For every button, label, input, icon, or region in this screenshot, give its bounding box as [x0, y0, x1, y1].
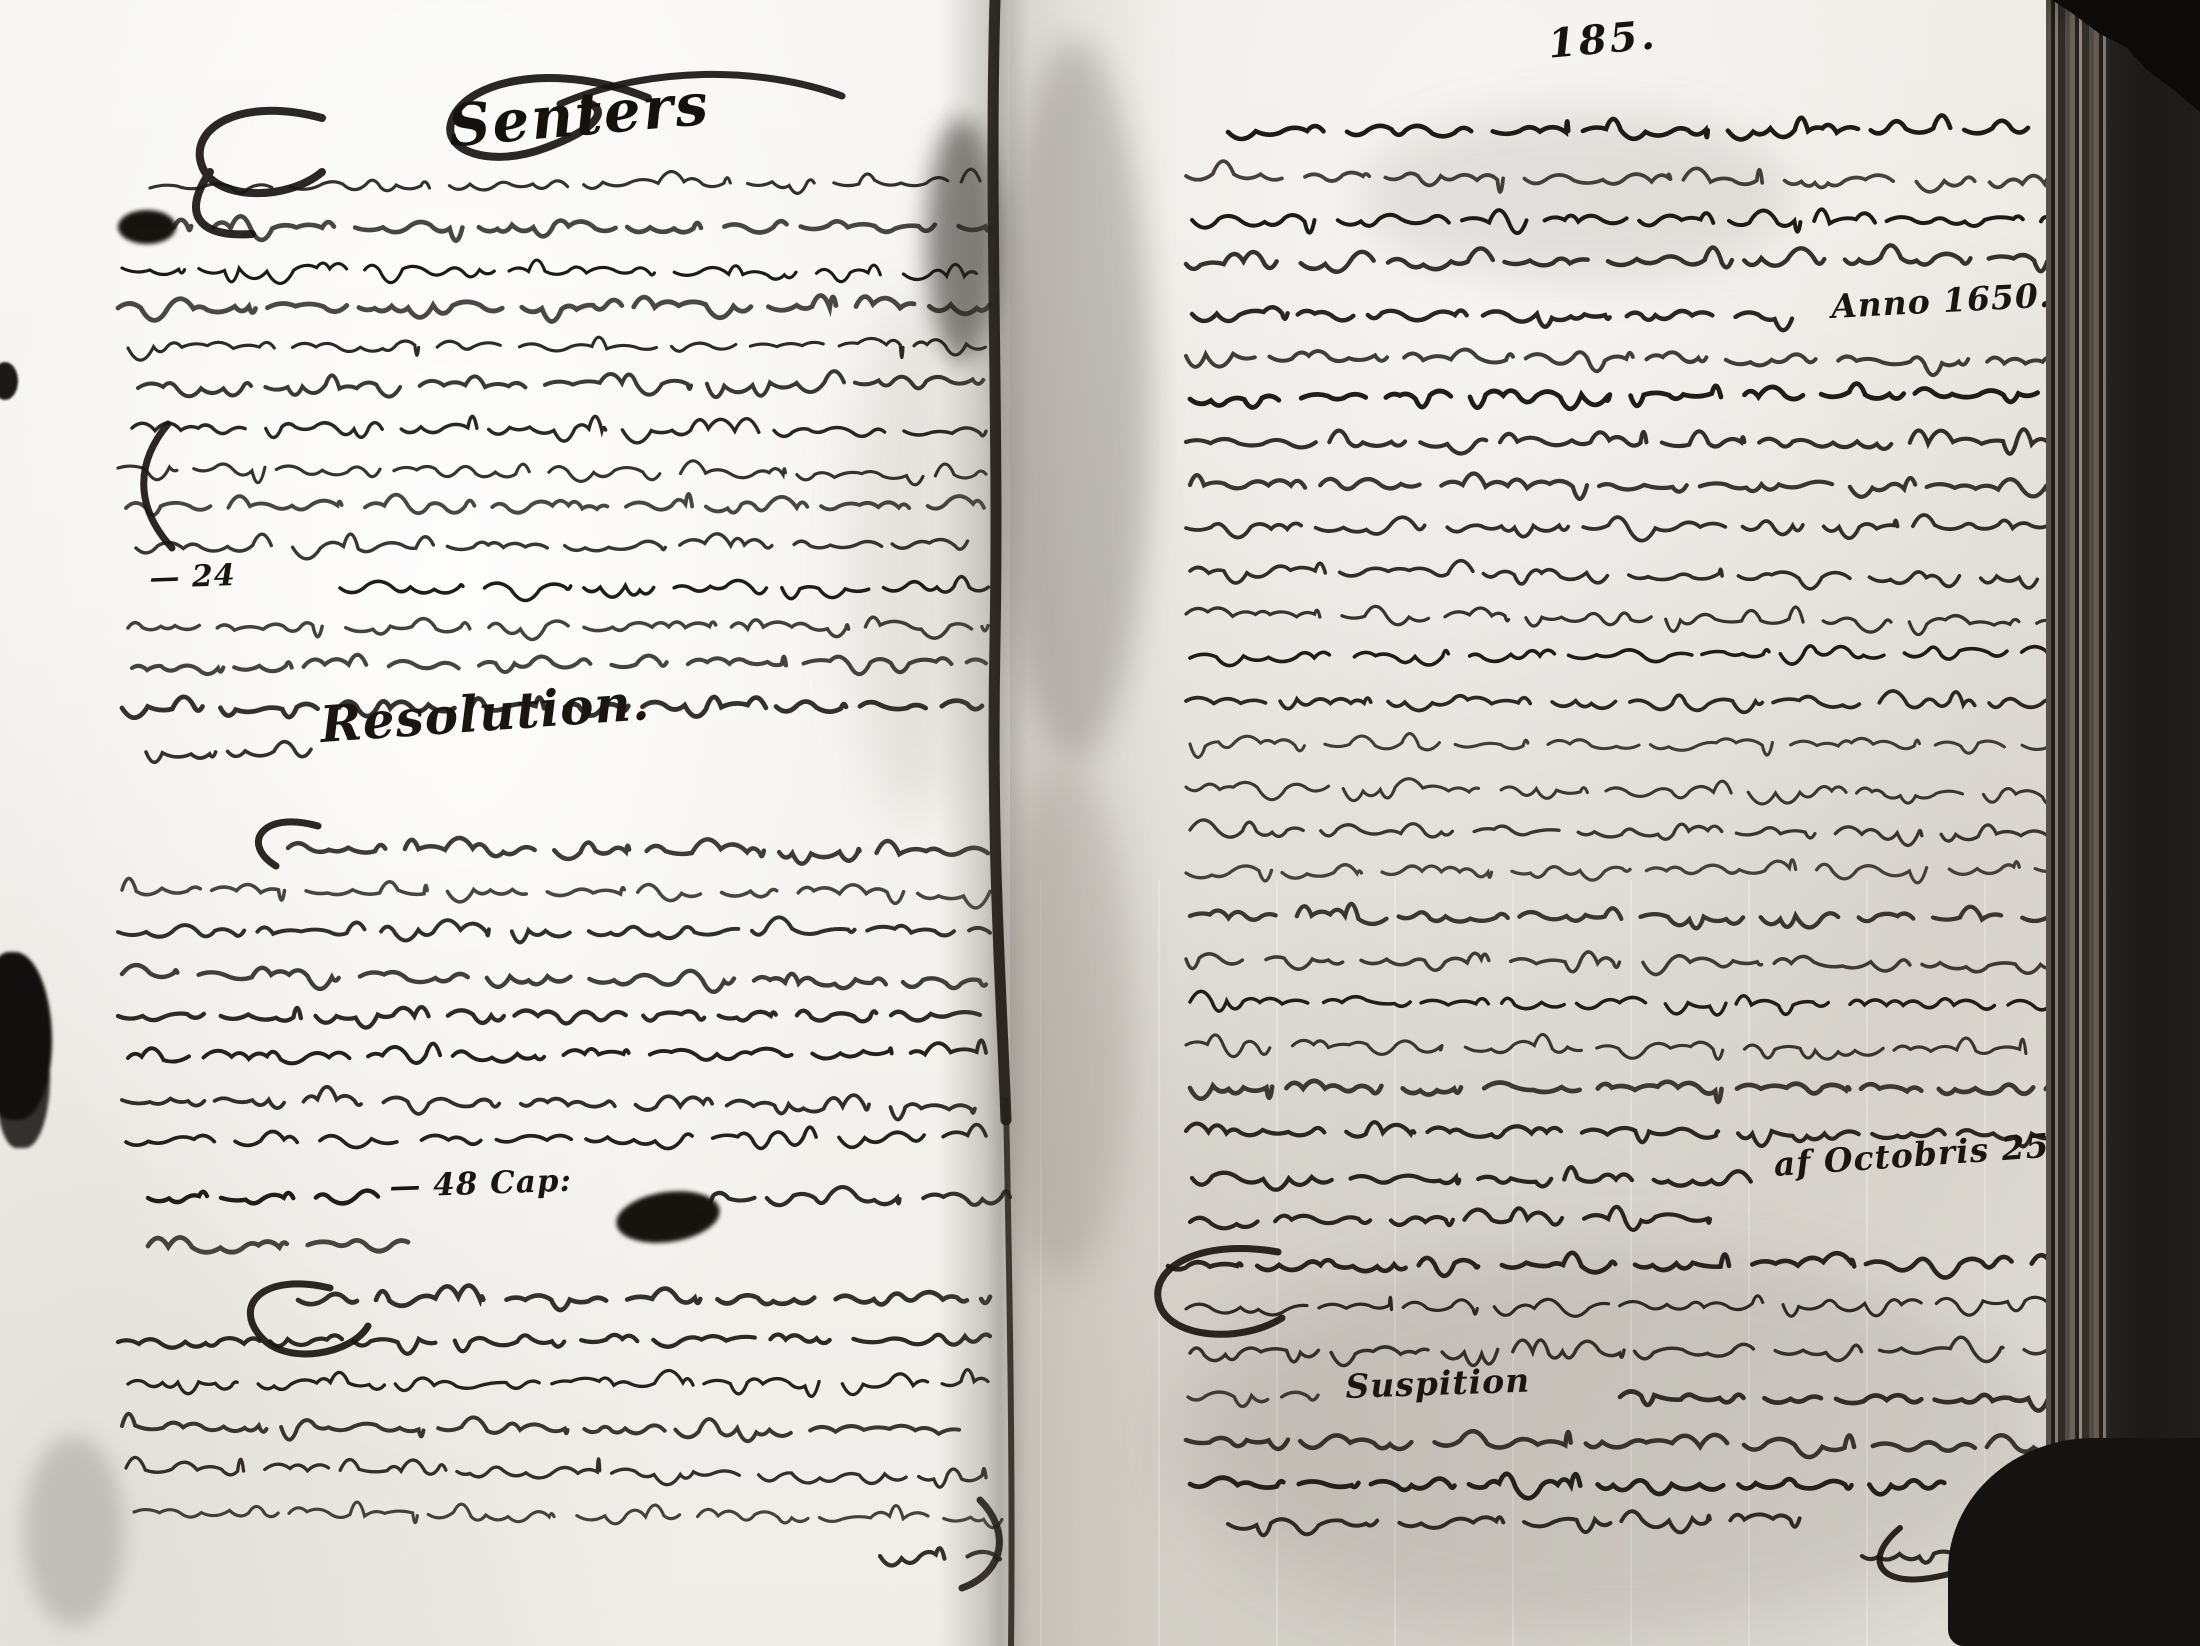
handwriting-line — [118, 295, 990, 321]
handwriting-line — [880, 1548, 1000, 1565]
handwriting-line — [1186, 245, 2050, 272]
manuscript-scan: — 24Resolution.— 48 Cap:Anno 1650.af Oct… — [0, 0, 2200, 1646]
handwriting-line — [1186, 779, 2056, 804]
handwriting-line — [1186, 350, 2058, 376]
handwriting-line — [134, 1502, 1002, 1528]
handwriting-line — [128, 337, 986, 360]
handwriting-line — [1186, 1034, 2056, 1059]
flourish-stroke — [1158, 1248, 1282, 1334]
handwriting-line — [1190, 991, 2050, 1015]
handwriting-line — [1188, 1392, 1318, 1406]
handwriting-line — [288, 838, 988, 864]
handwriting-line — [118, 461, 986, 485]
handwriting-line — [1186, 161, 2052, 192]
handwriting-line — [1192, 209, 2050, 233]
handwriting-line — [148, 1237, 408, 1252]
handwriting-line — [1228, 1511, 1800, 1535]
scan-edge-band — [2108, 0, 2200, 1646]
handwriting-line — [1190, 820, 2049, 845]
handwriting-line — [128, 216, 990, 240]
binding-gutter-line — [1006, 1100, 1012, 1646]
handwriting-line — [1186, 606, 2056, 634]
handwriting-line — [132, 655, 986, 674]
handwriting-line — [1190, 646, 2054, 666]
handwriting-line — [126, 1457, 986, 1487]
handwriting-ink-layer — [0, 0, 2200, 1646]
handwriting-line — [1186, 515, 2050, 541]
handwriting-line — [1190, 473, 2054, 499]
page-number: 185. — [1546, 15, 1658, 64]
handwriting-line — [122, 965, 986, 992]
handwriting-line — [118, 1335, 990, 1354]
handwriting-line — [1190, 1081, 2054, 1102]
handwriting-line — [1620, 1391, 2048, 1410]
handwriting-line — [128, 617, 988, 639]
handwriting-line — [146, 742, 311, 763]
handwriting-line — [1190, 1474, 1944, 1498]
handwriting-line — [1190, 1207, 1710, 1230]
handwriting-line — [136, 534, 968, 559]
handwriting-line — [1190, 1337, 2052, 1365]
handwriting-line — [122, 1087, 975, 1120]
handwriting-line — [138, 371, 983, 397]
handwriting-line — [1168, 1253, 2052, 1278]
legible-word-cap-48: — 48 Cap: — [389, 1166, 573, 1203]
handwriting-line — [690, 1187, 1010, 1210]
flourish-stroke — [196, 111, 322, 235]
flourish-stroke — [258, 822, 318, 866]
handwriting-line — [148, 1191, 378, 1204]
handwriting-line — [132, 416, 986, 442]
handwriting-line — [298, 1286, 990, 1310]
book-page-edges — [2046, 0, 2112, 1646]
handwriting-line — [122, 260, 976, 283]
binding-gutter-line — [993, 0, 1006, 1120]
handwriting-line — [1190, 384, 2038, 409]
handwriting-line — [1186, 691, 2056, 712]
handwriting-line — [126, 494, 984, 515]
handwriting-line — [1186, 429, 2048, 453]
legible-word-suspition: Suspition — [1345, 1364, 1531, 1403]
handwriting-line — [122, 1414, 959, 1441]
handwriting-line — [1186, 952, 2056, 975]
flourish-stroke — [144, 424, 172, 548]
handwriting-line — [1190, 561, 2037, 589]
legible-word-num-24: — 24 — [149, 561, 236, 594]
handwriting-line — [1192, 1167, 1751, 1190]
handwriting-line — [128, 1370, 988, 1397]
handwriting-line — [1186, 1296, 2049, 1316]
handwriting-line — [1228, 115, 2028, 139]
handwriting-line — [1186, 1431, 2054, 1457]
handwriting-line — [340, 577, 988, 601]
handwriting-line — [1190, 904, 2054, 928]
handwriting-line — [1190, 734, 2052, 758]
handwriting-line — [126, 1125, 986, 1149]
handwriting-line — [118, 1007, 980, 1027]
handwriting-line — [1192, 307, 1792, 330]
handwriting-line — [122, 878, 990, 907]
handwriting-line — [128, 1040, 986, 1063]
handwriting-line — [118, 917, 990, 942]
handwriting-line — [1186, 860, 2058, 883]
flourish-stroke — [962, 1500, 999, 1588]
